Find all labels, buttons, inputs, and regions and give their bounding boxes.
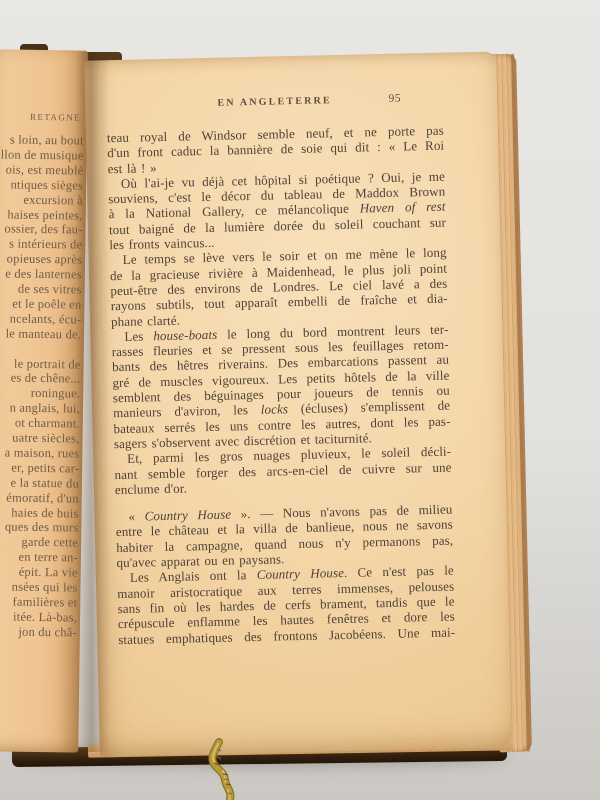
fragment-line: jon du châ- (18, 624, 77, 640)
page-header: EN ANGLETERRE 95 (106, 93, 443, 113)
fragment-line: llon de musique (1, 147, 84, 163)
fragment-line: ncelants, écu- (10, 311, 82, 327)
left-running-title: RETAGNE (30, 112, 81, 123)
fragment-line: es de chêne... (11, 371, 81, 387)
fragment-line: haies de buis (11, 505, 78, 521)
fragment-line: s intérieurs de (9, 237, 82, 253)
fragment-line: le portrait de (14, 356, 81, 372)
fragment-line: en terre an- (18, 550, 78, 566)
fragment-line: itée. Là-bas, (13, 609, 77, 625)
fragment-line: et le poêle en (12, 296, 81, 312)
fragment-line: garde cette (21, 535, 78, 551)
fragment-line: épit. La vie (19, 565, 78, 581)
fragment-line: opieuses après (7, 252, 83, 268)
fragment-line: e la statue du (10, 475, 79, 491)
page-number: 95 (388, 93, 401, 105)
paragraph: Et, parmi les gros nuages pluvieux, le s… (114, 444, 452, 498)
paragraph: Où l'ai-je vu déjà cet hôpital si poétiq… (108, 169, 447, 253)
fragment-line: n anglais, lui, (10, 401, 81, 417)
fragment-line: uatre siècles, (12, 431, 80, 447)
fragment-line: nsées qui les (12, 580, 78, 596)
fragment-line: de ses vitres (18, 282, 82, 298)
fragment-line: le manteau de. (6, 326, 82, 342)
fragment-line: e des lanternes (5, 267, 82, 283)
right-page: EN ANGLETERRE 95 teau royal de Windsor s… (84, 51, 512, 756)
fragment-line: ot charmant. (15, 416, 80, 432)
fragment-line: roningue. (31, 386, 81, 402)
paragraph: Les Anglais ont la Country House. Ce n'e… (117, 563, 456, 647)
fragment-line: s loin, au bout (10, 133, 84, 149)
book-photo-scene: RETAGNE s loin, au boutllon de musiqueoi… (0, 0, 600, 800)
left-page: RETAGNE s loin, au boutllon de musiqueoi… (0, 49, 88, 752)
left-page-lines: s loin, au boutllon de musiqueois, est m… (0, 49, 88, 50)
page-text: teau royal de Windsor semble neuf, et ne… (107, 123, 456, 647)
fragment-line: familières et (12, 595, 77, 611)
fragment-line: ques des murs (5, 520, 79, 536)
paragraph: teau royal de Windsor semble neuf, et ne… (107, 123, 445, 177)
fore-edge-cover-line (511, 54, 530, 752)
paragraph: Le temps se lève vers le soir et on me m… (110, 245, 449, 329)
fragment-line: haises peintes, (7, 207, 82, 223)
fragment-line: émoratif, d'un (6, 490, 79, 506)
fragment-line: ntiques sièges (10, 177, 83, 193)
fragment-line: ois, est meublé (6, 162, 84, 178)
fragment-line: ossier, des fau- (4, 222, 82, 238)
fragment-line: er, petits car- (11, 460, 79, 476)
bookmark-ribbon (190, 738, 270, 800)
paragraph: Les house-boats le long du bord montrent… (111, 321, 451, 451)
fragment-line: a maison, rues (5, 445, 80, 461)
paragraph: « Country House ». — Nous n'avons pas de… (115, 502, 453, 571)
fragment-line: excursion à (23, 192, 83, 208)
